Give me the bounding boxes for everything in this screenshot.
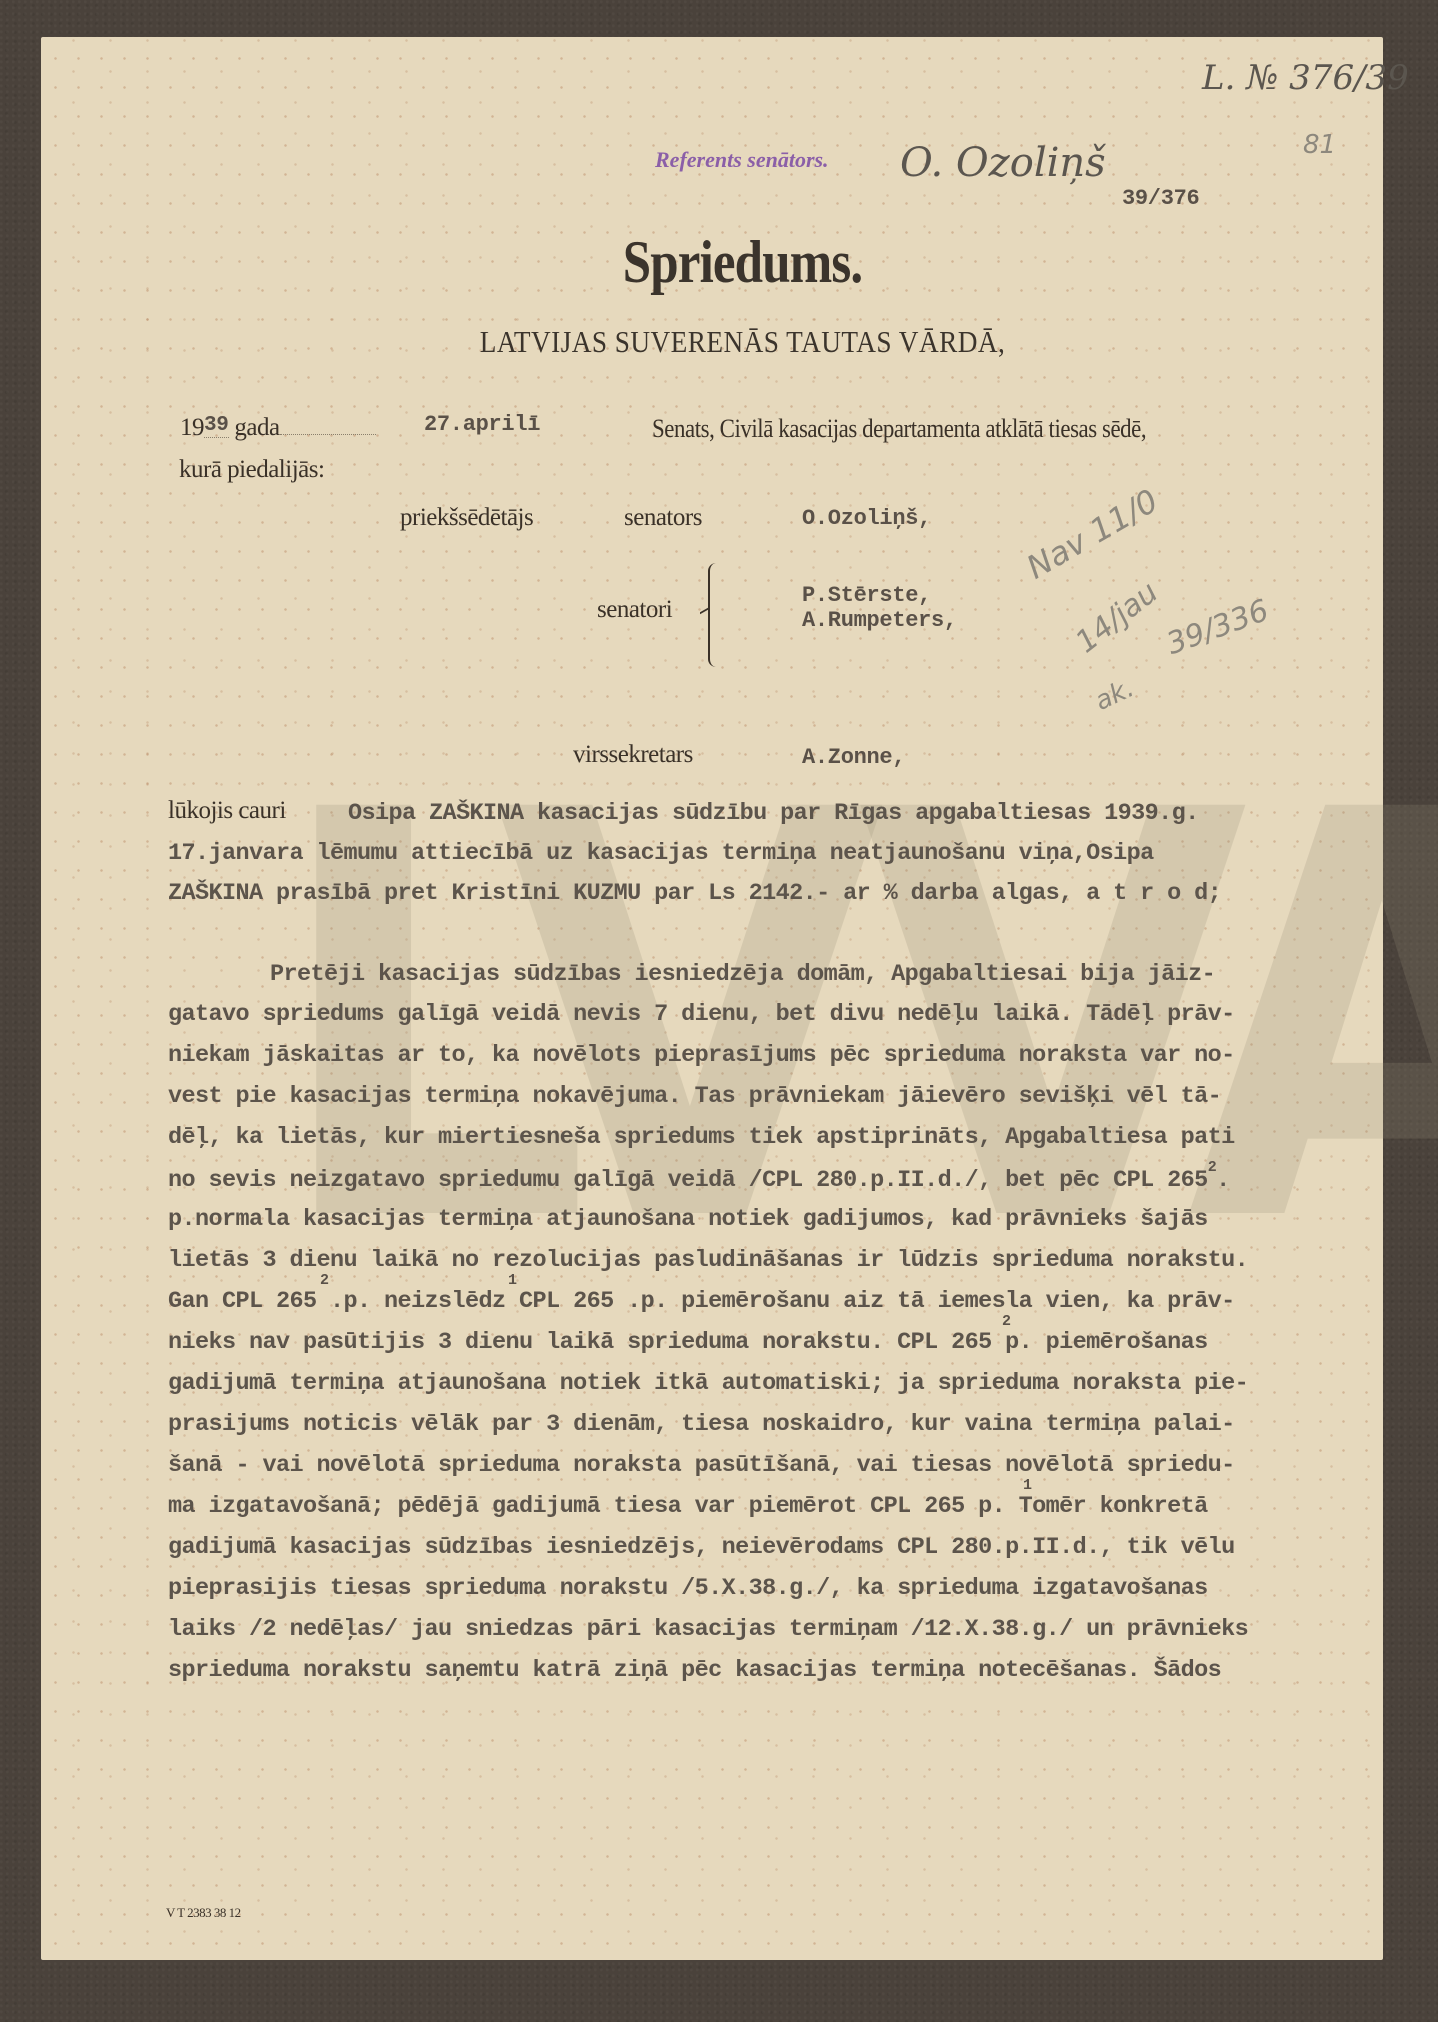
body-line: gatavo spriedums galīgā veidā nevis 7 di… [168, 1001, 1235, 1028]
body-line: prasijums noticis vēlāk par 3 dienām, ti… [168, 1411, 1235, 1438]
senator-name: P.Stērste, [802, 583, 931, 608]
senators-brace [708, 563, 720, 667]
year-suffix: 39 [204, 414, 229, 438]
body-line: niekam jāskaitas ar to, ka novēlots piep… [168, 1042, 1235, 1069]
chairman-title: senators [624, 504, 702, 532]
body-line: pieprasijis tiesas sprieduma norakstu /5… [168, 1575, 1208, 1602]
body-line: p.normala kasacijas termiņa atjaunošana … [168, 1206, 1208, 1233]
secretary-label: virssekretars [573, 741, 693, 769]
court-name: Senats, Civilā kasacijas departamenta at… [652, 414, 1146, 444]
body-line: dēļ, ka lietās, kur miertiesneša spriedu… [168, 1124, 1235, 1151]
body-line: šanā - vai novēlotā sprieduma noraksta p… [168, 1452, 1235, 1479]
intro-label: lūkojis cauri [168, 797, 286, 825]
body-line: Pretēji kasacijas sūdzības iesniedzēja d… [270, 961, 1215, 988]
body-line: vest pie kasacijas termiņa nokavējuma. T… [168, 1083, 1221, 1110]
superscript: 1 [508, 1272, 517, 1289]
document-subtitle: LATVIJAS SUVERENĀS TAUTAS VĀRDĀ, [89, 324, 1396, 360]
body-line: laiks /2 nedēļas/ jau sniedzas pāri kasa… [168, 1616, 1248, 1643]
referent-signature: O. Ozoliņš [900, 140, 1106, 186]
body-line: Osipa ZAŠKINA kasacijas sūdzību par Rīga… [348, 800, 1199, 827]
session-date: 27.aprilī [424, 412, 540, 437]
archive-mark: L. № 376/39 [1202, 58, 1409, 98]
print-code: V T 2383 38 12 [166, 1905, 241, 1921]
secretary-name: A.Zonne, [802, 745, 905, 770]
body-line: ZAŠKINA prasībā pret Kristīni KUZMU par … [168, 880, 1221, 907]
chairman-label: priekšsēdētājs [400, 504, 533, 532]
body-line: lietās 3 dienu laikā no rezolucijas pasl… [168, 1247, 1248, 1274]
referent-stamp: Referents senātors. [655, 147, 829, 173]
folio-number: 81 [1303, 130, 1336, 160]
body-line: ma izgatavošanā; pēdējā gadijumā tiesa v… [168, 1493, 1208, 1520]
body-line: no sevis neizgatavo spriedumu galīgā vei… [168, 1165, 1230, 1194]
superscript: 2 [320, 1272, 329, 1289]
participants-label: kurā piedalijās: [179, 456, 324, 484]
dotted-fill [280, 434, 376, 435]
date-line: 1939 gada [180, 414, 376, 443]
superscript: 2 [1002, 1313, 1011, 1330]
body-line: gadijumā kasacijas sūdzības iesniedzējs,… [168, 1534, 1235, 1561]
year-prefix: 19 [180, 414, 204, 441]
superscript: 1 [1023, 1477, 1032, 1494]
body-line: sprieduma norakstu saņemtu katrā ziņā pē… [168, 1657, 1221, 1684]
case-number: 39/376 [1122, 186, 1199, 211]
body-line: nieks nav pasūtijis 3 dienu laikā spried… [168, 1329, 1208, 1356]
senators-label: senatori [597, 596, 672, 624]
gada-label: gada [234, 414, 279, 441]
body-line: 17.janvara lēmumu attiecībā uz kasacijas… [168, 840, 1154, 867]
superscript: 2 [1208, 1159, 1216, 1176]
body-line: gadijumā termiņa atjaunošana notiek itkā… [168, 1370, 1248, 1397]
body-line: Gan CPL 265 .p. neizslēdz CPL 265 .p. pi… [168, 1288, 1235, 1315]
body-line-text: no sevis neizgatavo spriedumu galīgā vei… [168, 1167, 1208, 1194]
document-title: Spriedums. [111, 228, 1373, 297]
chairman-name: O.Ozoliņš, [802, 506, 931, 531]
senator-name: A.Rumpeters, [802, 608, 957, 633]
